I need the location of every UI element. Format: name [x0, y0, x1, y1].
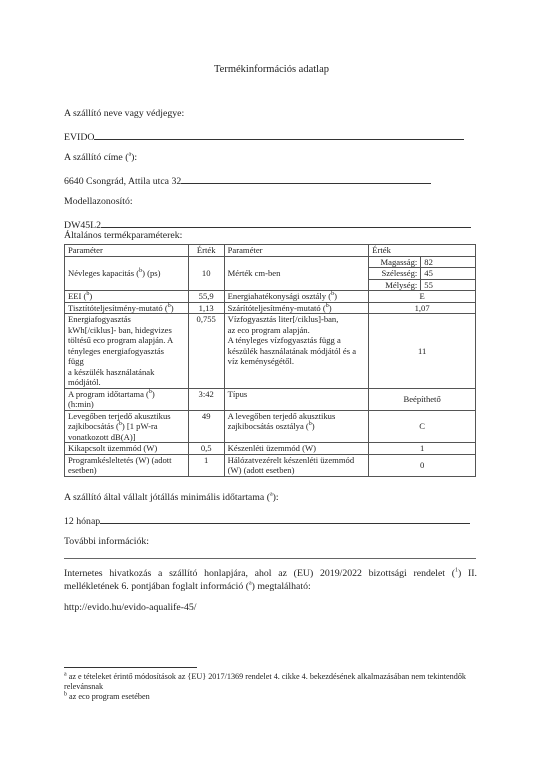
warranty-value: 12 hónap [64, 516, 100, 527]
height-value: 82 [421, 257, 475, 268]
additional-info-line [64, 558, 476, 559]
value-cell: 0 [369, 454, 476, 476]
supplier-name-field: EVIDO [64, 130, 477, 143]
table-header-row: Paraméter Érték Paraméter Érték [65, 245, 476, 257]
value-cell: 1 [188, 454, 224, 476]
table-row: Névleges kapacitás (b) (ps) 10 Mérték cm… [65, 256, 476, 291]
param-cell: Hálózatvezérelt készenléti üzemmód (W) (… [224, 454, 369, 476]
table-row: EnergiafogyasztáskWh[/ciklus]- ban, hide… [65, 314, 476, 389]
table-row: Programkésleltetés (W) (adott esetben) 1… [65, 454, 476, 476]
general-params-label: Általános termékparaméterek: [64, 230, 477, 241]
value-cell: 1,07 [369, 302, 476, 314]
header-value: Érték [188, 245, 224, 257]
param-cell: Szárítóteljesítmény-mutató (b) [224, 302, 369, 314]
table-row: A program időtartama (b)(h:min) 3:42 Típ… [65, 388, 476, 410]
supplier-address-field: 6640 Csongrád, Attila utca 32 [64, 174, 477, 187]
footnote-divider [64, 667, 197, 668]
depth-value: 55 [421, 279, 475, 290]
value-cell: 11 [369, 314, 476, 389]
height-label: Magasság: [369, 257, 421, 268]
param-cell: Programkésleltetés (W) (adott esetben) [65, 454, 189, 476]
table-row: Kikapcsolt üzemmód (W) 0,5 Készenléti üz… [65, 443, 476, 455]
supplier-address: 6640 Csongrád, Attila utca 32 [64, 176, 181, 187]
supplier-name: EVIDO [64, 132, 94, 143]
value-cell: 55,9 [188, 291, 224, 303]
warranty-field: 12 hónap [64, 514, 477, 527]
param-cell: EEI (b) [65, 291, 189, 303]
param-cell: Tisztítóteljesítmény-mutató (b) [65, 302, 189, 314]
table-row: Tisztítóteljesítmény-mutató (b) 1,13 Szá… [65, 302, 476, 314]
product-parameters-table: Paraméter Érték Paraméter Érték Névleges… [64, 244, 476, 477]
param-cell: Energiahatékonysági osztály (b) [224, 291, 369, 303]
width-value: 45 [421, 268, 475, 280]
value-cell: 3:42 [188, 388, 224, 410]
warranty-label: A szállító által vállalt jótállás minimá… [64, 492, 477, 503]
supplier-name-label: A szállító neve vagy védjegye: [64, 108, 477, 119]
additional-info-label: További információk: [64, 536, 477, 547]
depth-label: Mélység: [369, 279, 421, 290]
param-cell: A levegőben terjedő akusztikus zajkibocs… [224, 410, 369, 443]
param-cell: Névleges kapacitás (b) (ps) [65, 256, 189, 291]
param-cell: Levegőben terjedő akusztikus zajkibocsát… [65, 410, 189, 443]
width-label: Szélesség: [369, 268, 421, 280]
supplier-address-label: A szállító címe (a): [64, 152, 477, 163]
footnote-a: a az e tételeket érintő módosítások az {… [64, 672, 477, 692]
param-cell: Készenléti üzemmód (W) [224, 443, 369, 455]
param-cell: Mérték cm-ben [224, 256, 369, 291]
value-cell: 1,13 [188, 302, 224, 314]
document-title: Termékinformációs adatlap [0, 64, 543, 75]
dimensions-cell: Magasság:82 Szélesség:45 Mélység:55 [369, 256, 476, 291]
model-label: Modellazonosító: [64, 196, 477, 207]
header-value: Érték [369, 245, 476, 257]
param-cell: Kikapcsolt üzemmód (W) [65, 443, 189, 455]
value-cell: 49 [188, 410, 224, 443]
value-cell: 1 [369, 443, 476, 455]
param-cell: EnergiafogyasztáskWh[/ciklus]- ban, hide… [65, 314, 189, 389]
product-link[interactable]: http://evido.hu/evido-aqualife-45/ [64, 602, 477, 613]
param-cell: Típus [224, 388, 369, 410]
value-cell: Beépíthető [369, 388, 476, 410]
table-row: Levegőben terjedő akusztikus zajkibocsát… [65, 410, 476, 443]
value-cell: 10 [188, 256, 224, 291]
value-cell: C [369, 410, 476, 443]
header-parameter: Paraméter [224, 245, 369, 257]
header-parameter: Paraméter [65, 245, 189, 257]
param-cell: Vízfogyasztás liter[/ciklus]-ban,az eco … [224, 314, 369, 389]
footnote-b: b az eco program esetében [64, 692, 477, 702]
value-cell: 0,5 [188, 443, 224, 455]
value-cell: E [369, 291, 476, 303]
link-paragraph: Internetes hivatkozás a szállító honlapj… [64, 568, 477, 593]
value-cell: 0,755 [188, 314, 224, 389]
table-row: EEI (b) 55,9 Energiahatékonysági osztály… [65, 291, 476, 303]
param-cell: A program időtartama (b)(h:min) [65, 388, 189, 410]
